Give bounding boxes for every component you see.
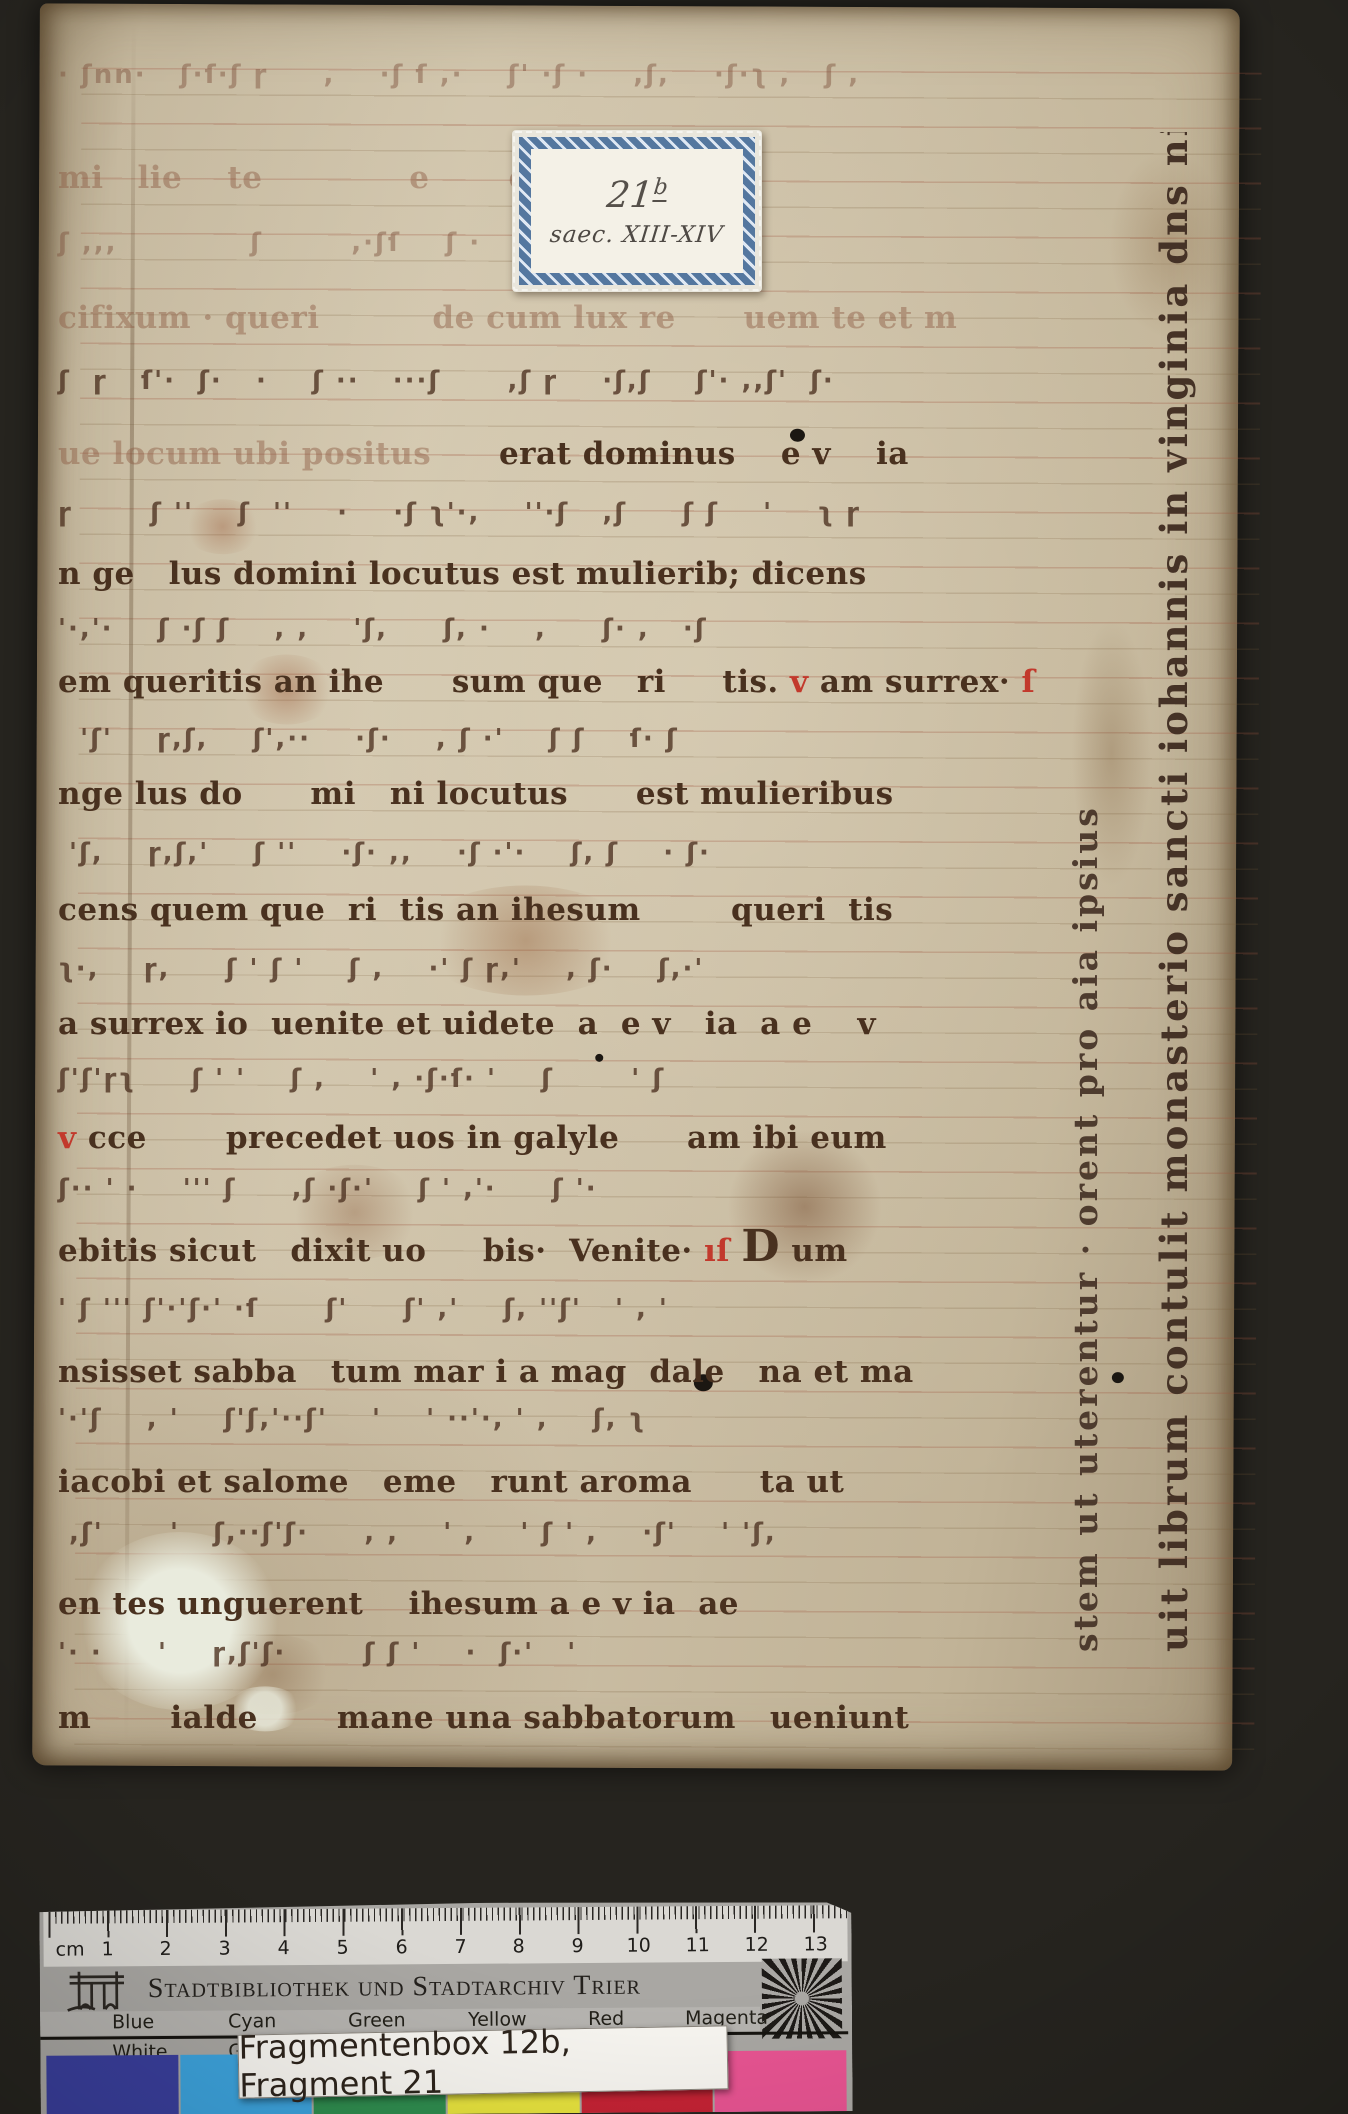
text-line: a surrex io uenite et uidete a e v ia a … [58,1006,1138,1042]
ruler-tick: 6 [395,1936,407,1958]
porta-nigra-logo-icon [56,1967,138,2014]
lyric-segment: am surrex· [820,664,1022,700]
lyric-segment: ebitis sicut dixit uo bis· Venite· [58,1233,704,1269]
cm-ruler: cm 1 2 3 4 5 6 7 8 9 10 11 12 13 [43,1905,847,1967]
marginal-inscription-inner: stem ut uterentur · orent pro aia ipsius [1066,677,1105,1652]
lyric-segment: cce precedet uos in galyle am ibi eum [88,1120,887,1156]
ruler-tick: 4 [277,1937,289,1959]
dating-note: saec. XIII-XIV [549,222,725,248]
neume-line: ' ʃ ''' ʃ'·'ʃ·' ·ſ ʃ' ʃ' ,' ʃ, ''ʃ' ' , … [58,1294,1138,1324]
color-label: Blue [112,2011,154,2033]
ruler-tick: 1 [102,1938,114,1960]
ruler-tick: 12 [744,1934,768,1956]
lyric-segment: m ialde mane una sabbatorum ueniunt [58,1700,909,1736]
hole [595,1054,603,1062]
lyric-segment: a surrex io uenite et uidete a e v ia a … [58,1006,876,1042]
marginal-inscription-outer: uit librum contulit monasterio sancti io… [1152,132,1196,1652]
text-line: cens quem que ri tis an ihesum queri tis [58,892,1138,928]
lyric-segment: n ge lus domini locutus est mulierib; di… [58,556,867,592]
lyric-segment: iacobi et salome eme runt aroma ta ut [58,1464,844,1500]
shelf-number: 21b [605,175,669,216]
siemens-star-icon [762,1958,843,2039]
institution-name: Stadtbibliothek und Stadtarchiv Trier [148,1970,641,2005]
fragment-id-label: Fragmentenbox 12b, Fragment 21 [237,2025,728,2098]
neume-line: · ʃnn· ʃ·ſ·ʃ ɼ , ·ʃ ſ ,· ʃ' ·ʃ · ,ʃ, ·ʃ·… [58,60,1138,90]
neume-line: ʃ'ʃ'ɼʅ ʃ ' ' ʃ , ' , ·ʃ·ſ· ' ʃ ' ʃ [58,1064,1138,1094]
color-patch-blue [46,2055,178,2114]
text-line: em queritis an ihe sum que ri tis. v am … [58,664,1138,700]
ruler-tick: 3 [218,1938,230,1960]
ruler-tick: 10 [626,1935,650,1957]
ruler-tick: 13 [803,1933,827,1955]
text-line: cifixum · queri de cum lux re uem te et … [58,300,1138,336]
lyric-segment: nge lus do mi ni locutus est mulieribus [58,776,894,812]
lyric-segment: nsisset sabba tum mar i a mag dale na et… [58,1354,914,1390]
shelf-number-digits: 21 [605,175,655,216]
lyric-segment: cifixum · queri de cum lux re uem te et … [58,300,957,336]
neume-line: 'ʃ, ɼ,ʃ,' ʃ '' ·ʃ· ,, ·ʃ ·'· ʃ, ʃ · ʃ· [58,838,1138,868]
text-line: iacobi et salome eme runt aroma ta ut [58,1464,1138,1500]
text-line: nge lus do mi ni locutus est mulieribus [58,776,1138,812]
ruler-tick: 5 [336,1937,348,1959]
text-line: m ialde mane una sabbatorum ueniunt [58,1700,1138,1736]
lyric-segment: en tes unguerent ihesum a e v ia ae [58,1586,739,1622]
neume-line: ʃ ɼ ſ'· ʃ· · ʃ ·· ···ʃ ,ʃ ɼ ·ʃ,ʃ ʃ'· ,,ʃ… [58,366,1138,396]
text-line: ebitis sicut dixit uo bis· Venite· ıſ D … [58,1232,1138,1269]
ruler-tick: 11 [685,1934,709,1956]
ruler-tick: 8 [512,1935,524,1957]
rubric-mark: v [58,1120,88,1156]
ruler-tick: 2 [160,1938,172,1960]
ruler-tick: 9 [571,1935,583,1957]
text-line: nsisset sabba tum mar i a mag dale na et… [58,1354,1138,1390]
photo-stage: · ʃnn· ʃ·ſ·ʃ ɼ , ·ʃ ſ ,· ʃ' ·ʃ · ,ʃ, ·ʃ·… [0,0,1348,2114]
lyric-segment: em queritis an ihe sum que ri tis. [58,664,790,700]
color-patch-magenta [715,2050,847,2112]
neume-line: ʅ·, ɼ, ʃ ' ʃ ' ʃ , ·' ʃ ɼ,' , ʃ· ʃ,·' [58,954,1138,984]
ruler-tick: 7 [454,1936,466,1958]
shelf-number-suffix: b [652,175,669,202]
text-line: n ge lus domini locutus est mulierib; di… [58,556,1138,592]
neume-line: 'ʃ' ɼ,ʃ, ʃ',·· ·ʃ· , ʃ ·' ʃ ʃ ſ· ʃ [58,724,1138,754]
archival-label: 21b saec. XIII-XIV [512,130,762,292]
rubric-mark: ıſ [704,1233,741,1269]
archival-label-frame: 21b saec. XIII-XIV [519,137,755,285]
text-line: ue locum ubi positus erat dominus e v ia [58,436,1138,472]
ruler-unit: cm [56,1939,85,1961]
lyric-segment: um [780,1233,848,1269]
neume-line: ʃ·· ' · ''' ʃ ,ʃ ·ʃ·' ʃ ' ,'· ʃ '· [58,1174,1138,1204]
decorated-initial: D [741,1221,780,1272]
neume-line: '· · ' ɼ,ʃ'ʃ· ʃ ʃ ' · ʃ·' ' [58,1638,1138,1668]
neume-line: '·'ʃ , ' ʃ'ʃ,'··ʃ' ' ' ··'·, ' , ʃ, ʅ [58,1404,1138,1434]
neume-line: ɼ ʃ '' ʃ '' · ·ʃ ʅ'·, ''·ʃ ,ʃ ʃ ʃ ' ʅ ɼ [58,498,1138,528]
lyric-segment: erat dominus e v ia [499,436,909,472]
text-line: v cce precedet uos in galyle am ibi eum [58,1120,1138,1156]
neume-line: ,ʃ' ' ʃ,··ʃ'ʃ· , , ' , ' ʃ ' , ·ʃ' ' 'ʃ, [58,1518,1138,1548]
lyric-segment: ue locum ubi positus [58,436,499,472]
rubric-mark: v [790,664,820,700]
text-line: en tes unguerent ihesum a e v ia ae [58,1586,1138,1622]
rubric-mark: ſ [1021,664,1035,700]
lyric-segment: cens quem que ri tis an ihesum queri tis [58,892,893,928]
neume-line: '·,'· ʃ ·ʃ ʃ , , 'ʃ, ʃ, · , ʃ· , ·ʃ [58,614,1138,644]
